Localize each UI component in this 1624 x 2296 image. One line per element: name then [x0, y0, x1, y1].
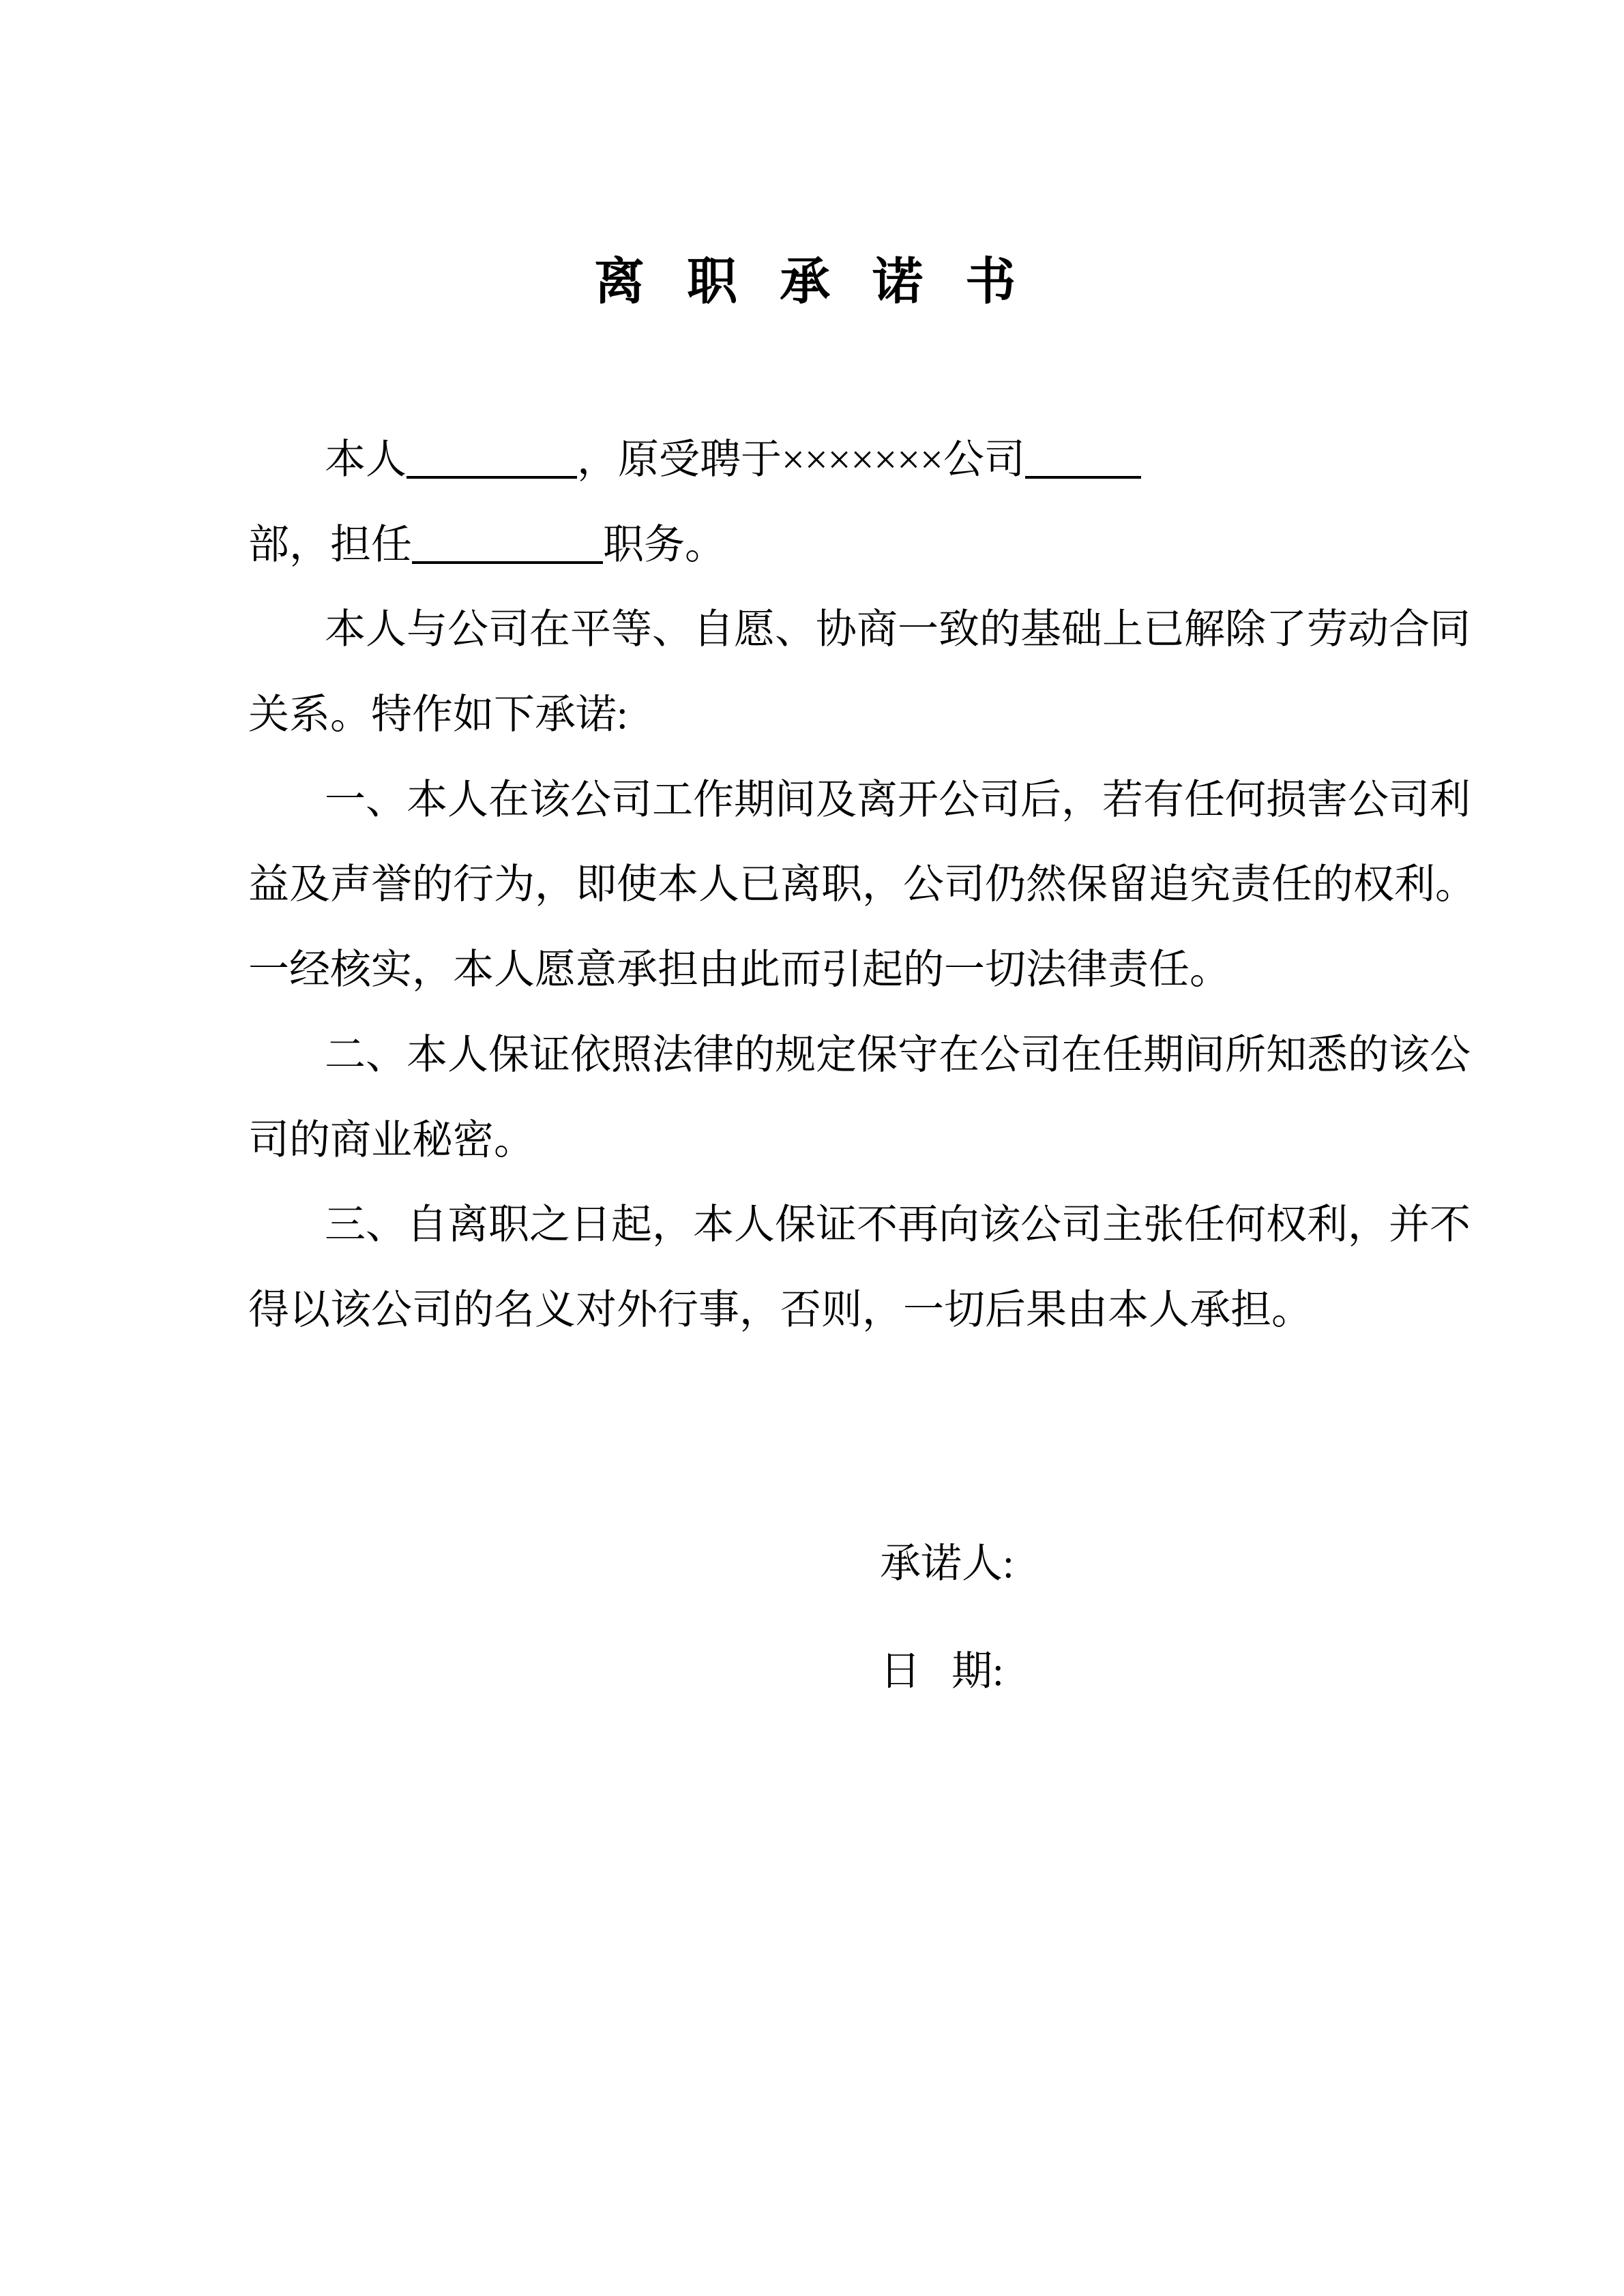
signature-date-label: 日 期:: [880, 1648, 1004, 1695]
document-line: 部，担任职务。: [248, 503, 1374, 588]
document-line: 司的商业秘密。: [248, 1098, 1374, 1183]
text-segment: 得以该公司的名义对外行事，否则，一切后果由本人承担。: [248, 1287, 1312, 1332]
document-line: 关系。特作如下承诺:: [248, 672, 1374, 758]
text-segment: ，原受聘于×××××××公司: [577, 437, 1025, 482]
text-segment: 部，担任: [248, 522, 412, 567]
blank-underline-field: [407, 441, 577, 479]
text-segment: 司的商业秘密。: [248, 1118, 535, 1163]
signature-promisor-label: 承诺人:: [880, 1540, 1014, 1587]
document-line: 一经核实，本人愿意承担由此而引起的一切法律责任。: [248, 927, 1374, 1013]
text-segment: 一经核实，本人愿意承担由此而引起的一切法律责任。: [248, 947, 1230, 992]
document-line: 得以该公司的名义对外行事，否则，一切后果由本人承担。: [248, 1268, 1374, 1353]
blank-underline-field: [1025, 441, 1141, 479]
document-line: 本人与公司在平等、自愿、协商一致的基础上已解除了劳动合同: [248, 587, 1374, 672]
text-segment: 二、本人保证依照法律的规定保守在公司在任期间所知悉的该公: [325, 1032, 1471, 1077]
blank-underline-field: [412, 526, 603, 564]
text-segment: 益及声誉的行为，即使本人已离职，公司仍然保留追究责任的权利。: [248, 862, 1476, 907]
text-segment: 本人: [325, 437, 407, 482]
text-segment: 关系。特作如下承诺:: [248, 692, 628, 737]
document-line: 本人，原受聘于×××××××公司: [248, 417, 1374, 503]
document-line: 益及声誉的行为，即使本人已离职，公司仍然保留追究责任的权利。: [248, 842, 1374, 927]
document-line: 二、本人保证依照法律的规定保守在公司在任期间所知悉的该公: [248, 1013, 1374, 1098]
document-line: 三、自离职之日起，本人保证不再向该公司主张任何权利，并不: [248, 1182, 1374, 1268]
document-page: 离 职 承 诺 书 本人，原受聘于×××××××公司部，担任职务。本人与公司在平…: [0, 0, 1624, 2296]
document-body: 本人，原受聘于×××××××公司部，担任职务。本人与公司在平等、自愿、协商一致的…: [248, 417, 1374, 1353]
text-segment: 本人与公司在平等、自愿、协商一致的基础上已解除了劳动合同: [325, 607, 1471, 652]
text-segment: 职务。: [603, 522, 726, 567]
text-segment: 三、自离职之日起，本人保证不再向该公司主张任何权利，并不: [325, 1202, 1471, 1247]
document-line: 一、本人在该公司工作期间及离开公司后，若有任何损害公司利: [248, 758, 1374, 843]
document-title: 离 职 承 诺 书: [0, 255, 1624, 308]
text-segment: 一、本人在该公司工作期间及离开公司后，若有任何损害公司利: [325, 777, 1471, 822]
